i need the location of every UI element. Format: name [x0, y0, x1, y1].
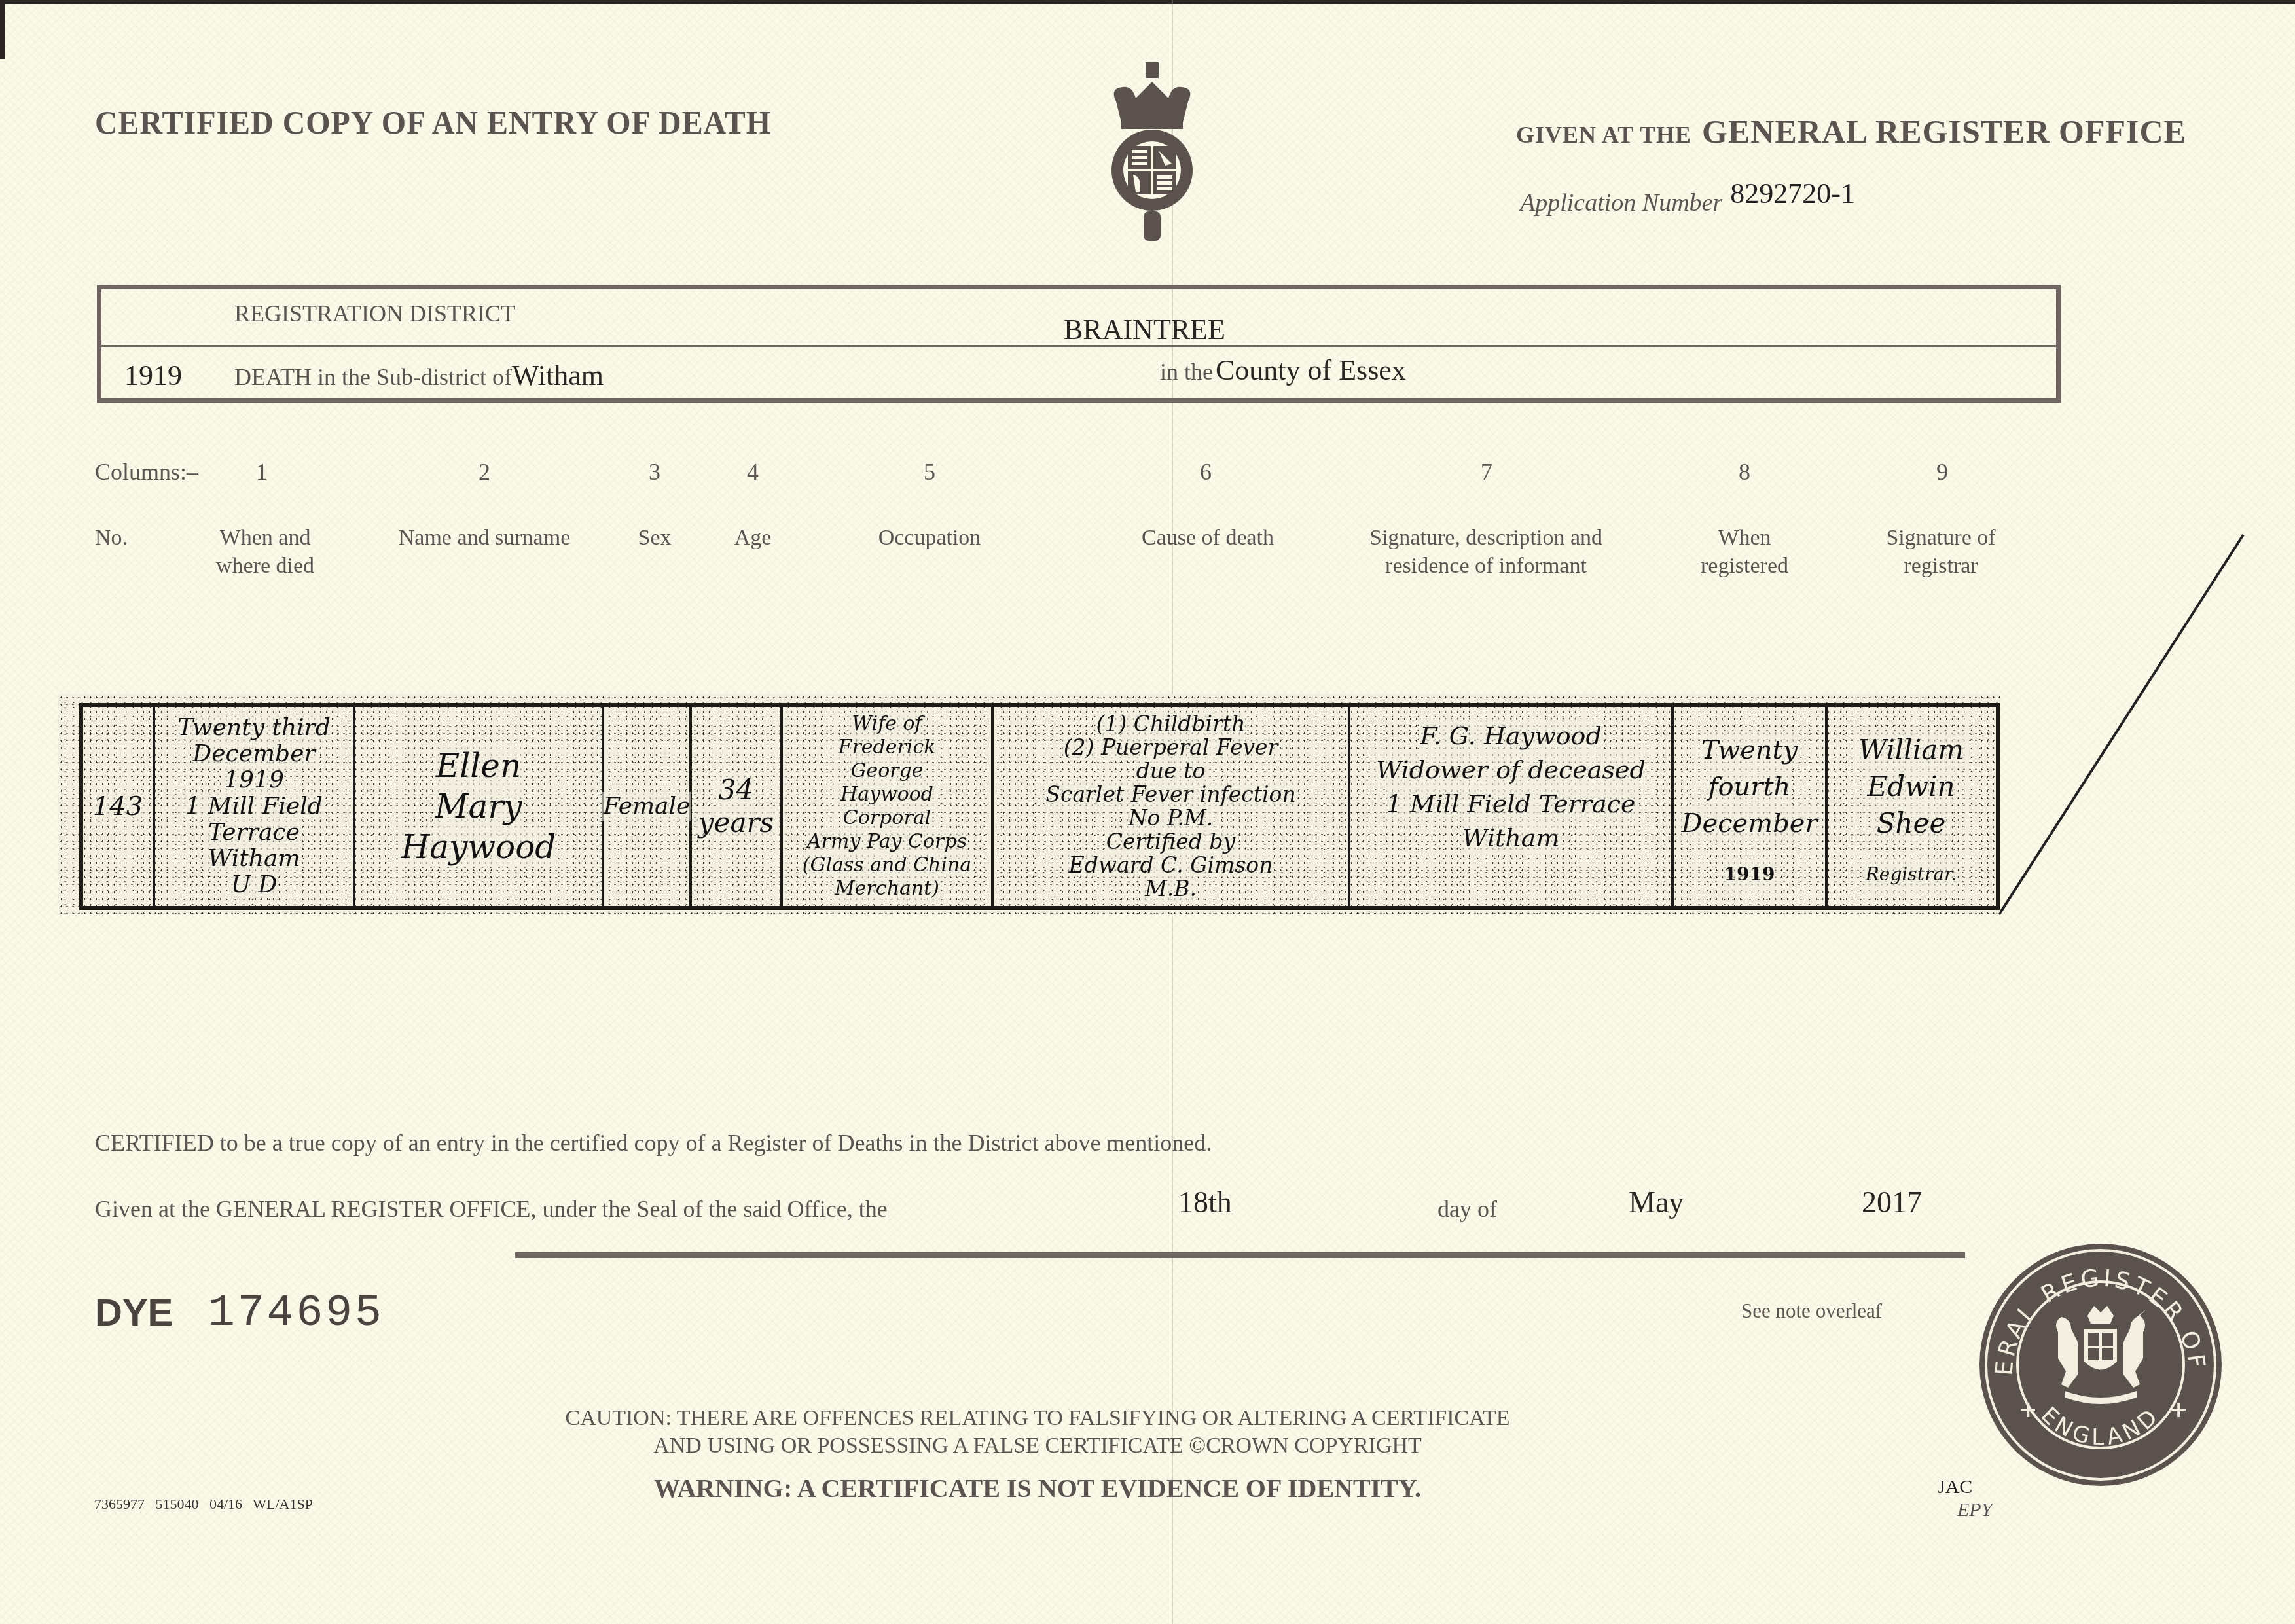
handwritten-initials: EPY: [1957, 1499, 1992, 1521]
registrar-title: Registrar.: [1864, 856, 1958, 893]
entry-registrar: William Edwin Shee Registrar.: [1828, 712, 1995, 901]
columns-prefix: Columns:–: [95, 458, 198, 486]
entry-no-value: 143: [92, 792, 144, 821]
occupation-line: Army Pay Corps: [806, 830, 968, 854]
entry-sex: Female: [604, 712, 689, 901]
cause-line: (1) Childbirth: [1095, 712, 1247, 736]
header-sex: Sex: [622, 524, 687, 552]
print-code: 7365977 515040 04/16 WL/A1SP: [94, 1496, 313, 1513]
cause-line: due to: [1135, 759, 1207, 783]
registrar-line: Edwin: [1866, 768, 1957, 805]
scan-edge-left: [0, 0, 5, 59]
header-informant: Signature, description andresidence of i…: [1342, 524, 1630, 580]
age-unit: years: [697, 806, 775, 839]
header-sex-label: Sex: [622, 524, 687, 552]
signature-rule: [515, 1252, 1965, 1258]
cause-line: No P.M.: [1127, 806, 1215, 830]
registered-line: fourth: [1707, 768, 1792, 805]
column-number-4: 4: [740, 458, 766, 486]
day-of-label: day of: [1437, 1195, 1497, 1223]
cause-line: Certified by: [1105, 830, 1237, 854]
header-name: Name and surname: [373, 524, 596, 552]
when-line: 1919: [223, 767, 285, 793]
cause-line: Scarlet Fever infection: [1044, 783, 1297, 806]
county-row: in the County of Essex: [1160, 353, 1406, 387]
where-line: U D: [230, 872, 279, 898]
county-value: County of Essex: [1216, 354, 1406, 386]
name-line: Haywood: [400, 827, 558, 867]
where-line: 1 Mill Field: [184, 793, 324, 820]
name-line: Mary: [433, 786, 523, 827]
cause-line: Edward C. Gimson: [1068, 854, 1274, 877]
occupation-line: Merchant): [833, 877, 941, 901]
when-line: December: [191, 741, 316, 767]
occupation-line: Frederick: [837, 736, 937, 759]
scan-edge-top: [0, 0, 2295, 4]
registration-year: 1919: [124, 359, 182, 392]
subdistrict-row: DEATH in the Sub-district ofWitham: [234, 359, 604, 392]
entry-when-where: Twenty third December 1919 1 Mill Field …: [155, 712, 353, 901]
column-number-3: 3: [642, 458, 668, 486]
identity-warning: WARNING: A CERTIFICATE IS NOT EVIDENCE O…: [497, 1473, 1578, 1504]
given-at-heading: GIVEN AT THE GENERAL REGISTER OFFICE: [1516, 113, 2186, 151]
svg-text:+: +: [2019, 1397, 2038, 1423]
column-number-6: 6: [1193, 458, 1219, 486]
entry-informant: F. G. Haywood Widower of deceased 1 Mill…: [1350, 712, 1671, 901]
cause-line: (2) Puerperal Fever: [1062, 736, 1280, 759]
given-office: GENERAL REGISTER OFFICE: [1702, 113, 2186, 150]
occupation-line: George: [849, 759, 924, 783]
header-registrar-line1: Signature of: [1859, 524, 2023, 552]
where-line: Witham: [206, 846, 301, 872]
serial-prefix: DYE: [95, 1291, 173, 1335]
seal-text-and-arms-icon: GENERAL REGISTER OFFICE ENGLAND + +: [1979, 1244, 2222, 1486]
given-prefix: GIVEN AT THE: [1516, 122, 1691, 148]
application-number-row: Application Number 8292720-1: [1520, 185, 1855, 218]
column-number-2: 2: [471, 458, 497, 486]
application-number-label: Application Number: [1520, 189, 1722, 217]
occupation-line: (Glass and China: [801, 854, 973, 877]
svg-text:+: +: [2169, 1397, 2188, 1423]
entry-no: 143: [83, 712, 153, 901]
register-entry-frame: 143 Twenty third December 1919 1 Mill Fi…: [79, 703, 2000, 910]
entry-when-registered: Twenty fourth December 1919: [1674, 712, 1825, 901]
column-number-9: 9: [1929, 458, 1955, 486]
header-when-registered-line1: When: [1676, 524, 1813, 552]
informant-line: 1 Mill Field Terrace: [1385, 787, 1637, 821]
header-when-registered-line2: registered: [1676, 552, 1813, 580]
entry-name: Ellen Mary Haywood: [355, 712, 602, 901]
registrar-line: Shee: [1875, 805, 1947, 842]
header-when-registered: Whenregistered: [1676, 524, 1813, 580]
column-number-8: 8: [1731, 458, 1758, 486]
header-occupation-label: Occupation: [851, 524, 1008, 552]
informant-line: F. G. Haywood: [1419, 719, 1603, 753]
column-number-7: 7: [1473, 458, 1500, 486]
registered-line: Twenty: [1700, 732, 1799, 768]
cause-line: M.B.: [1144, 877, 1198, 901]
application-number: 8292720-1: [1730, 177, 1855, 209]
certification-statement: CERTIFIED to be a true copy of an entry …: [95, 1129, 1212, 1157]
royal-crest-icon: [1103, 62, 1201, 245]
diagonal-strike-line: [1999, 533, 2248, 916]
informant-line: Widower of deceased: [1375, 753, 1647, 787]
entry-occupation: Wife of Frederick George Haywood Corpora…: [783, 712, 991, 901]
header-age-label: Age: [720, 524, 786, 552]
certification-day: 18th: [1178, 1185, 1232, 1219]
header-no: No.: [95, 524, 128, 552]
when-line: Twenty third: [176, 715, 332, 741]
occupation-line: Wife of: [850, 712, 923, 736]
given-at-statement: Given at the GENERAL REGISTER OFFICE, un…: [95, 1195, 888, 1223]
header-cause: Cause of death: [1113, 524, 1303, 552]
age-value: 34: [717, 774, 755, 806]
registration-district-value: BRAINTREE: [1064, 313, 1225, 346]
certification-year: 2017: [1862, 1185, 1922, 1219]
sex-value: Female: [602, 792, 692, 821]
header-informant-line1: Signature, description and: [1342, 524, 1630, 552]
gro-seal: GENERAL REGISTER OFFICE ENGLAND + +: [1979, 1244, 2222, 1486]
header-occupation: Occupation: [851, 524, 1008, 552]
header-cause-label: Cause of death: [1113, 524, 1303, 552]
informant-line: Witham: [1461, 821, 1561, 855]
subdistrict-value: Witham: [512, 359, 604, 391]
svg-text:ENGLAND: ENGLAND: [2036, 1402, 2165, 1451]
column-number-5: 5: [916, 458, 943, 486]
where-line: Terrace: [207, 820, 301, 846]
name-line: Ellen: [435, 746, 522, 786]
header-registrar: Signature ofregistrar: [1859, 524, 2023, 580]
registered-line: December: [1680, 805, 1818, 842]
register-entry-table: 143 Twenty third December 1919 1 Mill Fi…: [58, 694, 2000, 914]
header-age: Age: [720, 524, 786, 552]
registration-district-label: REGISTRATION DISTRICT: [234, 300, 515, 327]
entry-age: 34 years: [692, 712, 780, 901]
subdistrict-label: DEATH in the Sub-district of: [234, 364, 512, 390]
issuer-initials: JAC: [1938, 1476, 1972, 1498]
header-when-where-line2: where died: [190, 552, 340, 580]
occupation-line: Corporal: [842, 806, 932, 830]
certificate-title: CERTIFIED COPY OF AN ENTRY OF DEATH: [95, 103, 771, 141]
see-note-overleaf: See note overleaf: [1741, 1299, 1882, 1323]
header-no-label: No.: [95, 524, 128, 552]
occupation-line: Haywood: [839, 783, 935, 806]
entry-cause: (1) Childbirth (2) Puerperal Fever due t…: [994, 712, 1348, 901]
registered-year: 1919: [1723, 856, 1777, 893]
county-label: in the: [1160, 359, 1213, 385]
caution-line-2: AND USING OR POSSESSING A FALSE CERTIFIC…: [497, 1434, 1578, 1458]
header-when-where-line1: When and: [190, 524, 340, 552]
header-registrar-line2: registrar: [1859, 552, 2023, 580]
header-when-where: When andwhere died: [190, 524, 340, 580]
certification-month: May: [1629, 1185, 1684, 1219]
column-number-1: 1: [249, 458, 275, 486]
serial-number: 174695: [208, 1288, 384, 1339]
header-name-label: Name and surname: [373, 524, 596, 552]
header-informant-line2: residence of informant: [1342, 552, 1630, 580]
caution-line-1: CAUTION: THERE ARE OFFENCES RELATING TO …: [497, 1406, 1578, 1431]
registrar-line: William: [1857, 732, 1965, 768]
